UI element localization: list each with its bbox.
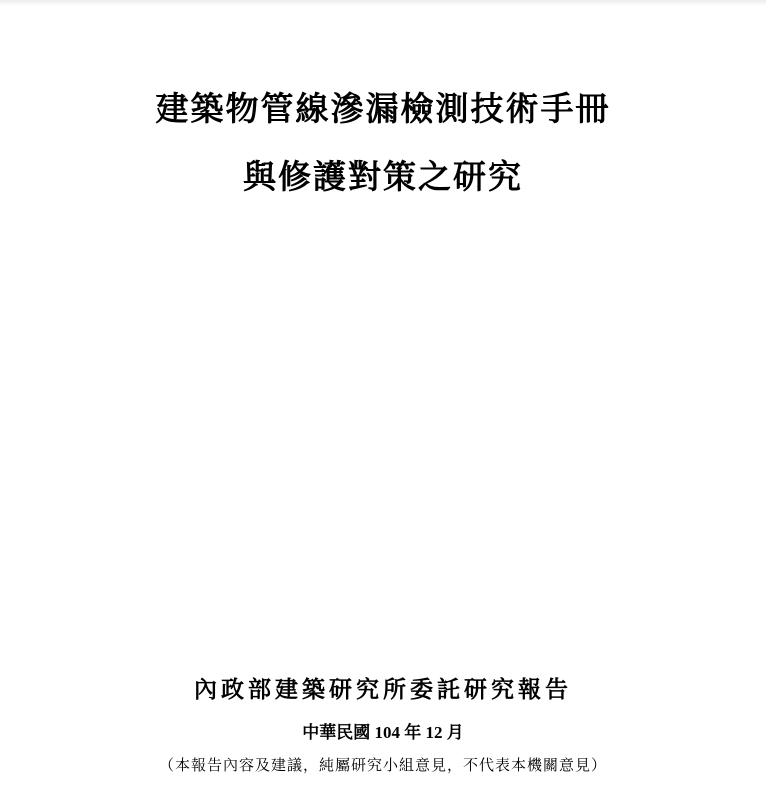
report-title-line-1: 建築物管線滲漏檢測技術手冊 — [0, 92, 766, 125]
disclaimer-note: （本報告內容及建議，純屬研究小組意見，不代表本機關意見） — [0, 758, 766, 773]
commissioning-organization: 內政部建築研究所委託研究報告 — [0, 678, 766, 701]
document-cover-page: 建築物管線滲漏檢測技術手冊 與修護對策之研究 內政部建築研究所委託研究報告 中華… — [0, 0, 766, 792]
publication-date: 中華民國 104 年 12 月 — [0, 724, 766, 741]
report-title-line-2: 與修護對策之研究 — [0, 160, 766, 193]
